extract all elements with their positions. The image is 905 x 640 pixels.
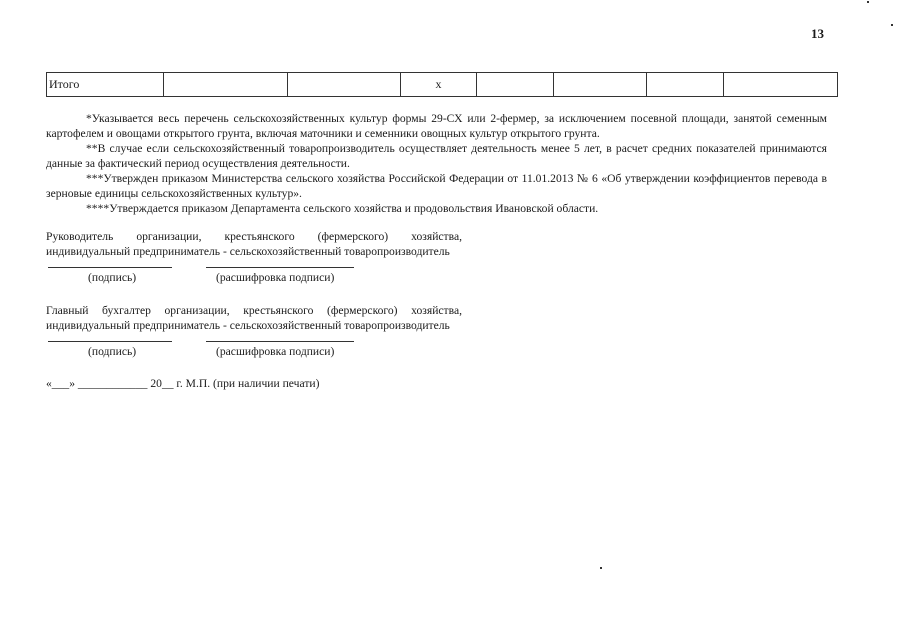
table-cell-label: Итого [47, 73, 164, 97]
head-signature-field[interactable] [48, 267, 172, 268]
table-row: Итого х [47, 73, 838, 97]
head-title-line2: индивидуальный предприниматель - сельско… [46, 244, 506, 259]
head-title-line1: Руководитель организации, крестьянского … [46, 229, 462, 244]
table-cell [647, 73, 724, 97]
accountant-title-line1: Главный бухгалтер организации, крестьянс… [46, 303, 462, 318]
head-decoding-caption: (расшифровка подписи) [216, 270, 334, 285]
accountant-decoding-caption: (расшифровка подписи) [216, 344, 334, 359]
table-cell [164, 73, 288, 97]
accountant-signature-block: Главный бухгалтер организации, крестьянс… [46, 303, 506, 373]
head-decoding-field[interactable] [206, 267, 354, 268]
scan-speck [600, 567, 602, 569]
footnote-1: *Указывается весь перечень сельскохозяйс… [46, 111, 827, 141]
accountant-decoding-field[interactable] [206, 341, 354, 342]
footnotes: *Указывается весь перечень сельскохозяйс… [46, 111, 827, 216]
accountant-signature-caption: (подпись) [88, 344, 136, 359]
footnote-4: ****Утверждается приказом Департамента с… [46, 201, 827, 216]
page-number: 13 [811, 26, 824, 42]
totals-table: Итого х [46, 72, 838, 97]
accountant-signature-field[interactable] [48, 341, 172, 342]
date-stamp-line: «___» ____________ 20__ г. М.П. (при нал… [46, 377, 319, 390]
footnote-3: ***Утвержден приказом Министерства сельс… [46, 171, 827, 201]
head-signature-block: Руководитель организации, крестьянского … [46, 229, 506, 299]
table-cell [288, 73, 401, 97]
table-cell [724, 73, 838, 97]
accountant-title-line2: индивидуальный предприниматель - сельско… [46, 318, 506, 333]
table-cell: х [401, 73, 477, 97]
table-cell [554, 73, 647, 97]
table-cell [477, 73, 554, 97]
scan-speck [867, 1, 869, 3]
footnote-2: **В случае если сельскохозяйственный тов… [46, 141, 827, 171]
head-signature-caption: (подпись) [88, 270, 136, 285]
scan-speck [891, 24, 893, 26]
